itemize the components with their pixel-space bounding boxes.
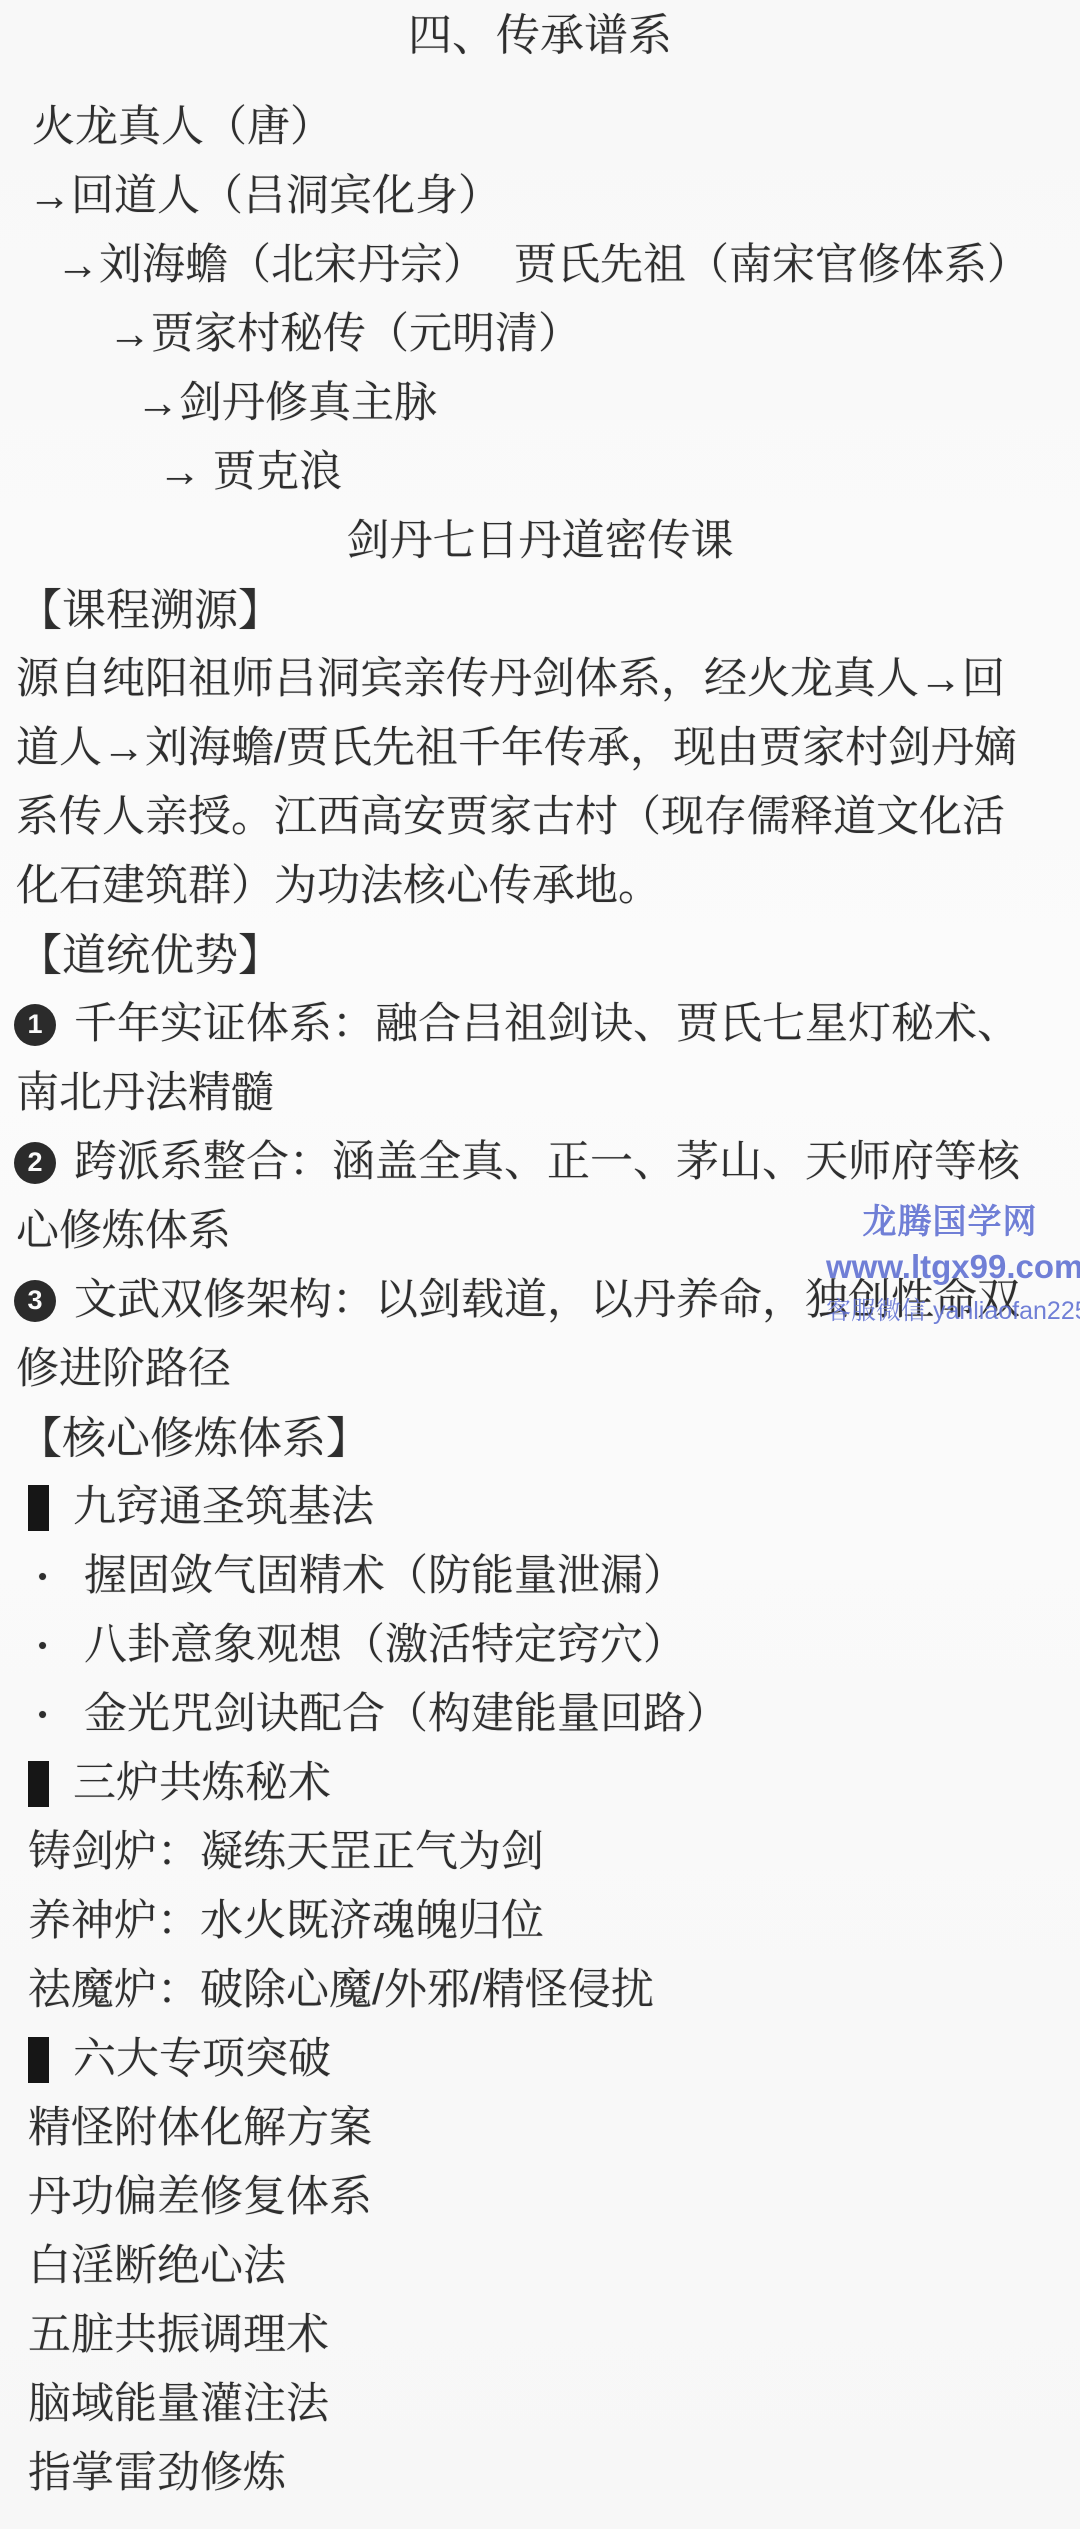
lineage-line-3-right: 贾氏先祖（南宋官修体系）: [514, 241, 1030, 289]
breakthrough-line: 精怪附体化解方案: [0, 2094, 1080, 2163]
lineage-line-2: →回道人（吕洞宾化身）: [0, 162, 1080, 231]
breakthrough-line: 丹功偏差修复体系: [0, 2163, 1080, 2232]
bullet-item: • 八卦意象观想（激活特定窍穴）: [0, 1611, 1080, 1680]
advantage-item-2-text: 跨派系整合：涵盖全真、正一、茅山、天师府等核: [74, 1128, 1020, 1197]
circled-number-1-icon: 1: [14, 1004, 56, 1046]
circled-number-2-icon: 2: [14, 1142, 56, 1184]
advantage-item-2: 2 跨派系整合：涵盖全真、正一、茅山、天师府等核: [0, 1128, 1080, 1197]
subsection-title-2-text: 三炉共炼秘术: [73, 1749, 331, 1818]
origin-paragraph-line: 道人→刘海蟾/贾氏先祖千年传承，现由贾家村剑丹嫡: [0, 714, 1080, 783]
furnace-line: 养神炉：水火既济魂魄归位: [0, 1887, 1080, 1956]
watermark: 龙腾国学网 www.ltgx99.com 客服微信 yanliaofan225: [826, 1200, 1074, 1332]
subsection-title-1: 九窍通圣筑基法: [0, 1473, 1080, 1542]
watermark-site-name: 龙腾国学网: [826, 1200, 1074, 1244]
bullet-item-text: 握固敛气固精术（防能量泄漏）: [84, 1542, 686, 1611]
origin-paragraph-line: 化石建筑群）为功法核心传承地。: [0, 852, 1080, 921]
section-title: 四、传承谱系: [0, 8, 1080, 63]
advantage-item-3-continuation: 修进阶路径: [0, 1335, 1080, 1404]
bullet-item: • 握固敛气固精术（防能量泄漏）: [0, 1542, 1080, 1611]
breakthrough-line: 白淫断绝心法: [0, 2232, 1080, 2301]
section-bar-icon: [28, 2037, 49, 2083]
furnace-line: 祛魔炉：破除心魔/外邪/精怪侵扰: [0, 1956, 1080, 2025]
furnace-line: 铸剑炉：凝练天罡正气为剑: [0, 1818, 1080, 1887]
lineage-line-4: →贾家村秘传（元明清）: [0, 300, 1080, 369]
bullet-item: • 金光咒剑诀配合（构建能量回路）: [0, 1680, 1080, 1749]
bullet-dot-icon: •: [38, 1611, 84, 1680]
core-header: 【核心修炼体系】: [0, 1404, 1080, 1473]
section-bar-icon: [28, 1761, 49, 1807]
bullet-dot-icon: •: [38, 1542, 84, 1611]
watermark-url: www.ltgx99.com: [826, 1244, 1074, 1290]
watermark-wechat: 客服微信 yanliaofan225: [826, 1290, 1074, 1332]
lineage-line-6: → 贾克浪: [0, 438, 1080, 507]
lineage-line-3: →刘海蟾（北宋丹宗）贾氏先祖（南宋官修体系）: [0, 231, 1080, 300]
subsection-title-2: 三炉共炼秘术: [0, 1749, 1080, 1818]
subsection-title-3: 六大专项突破: [0, 2025, 1080, 2094]
advantage-item-1-continuation: 南北丹法精髓: [0, 1059, 1080, 1128]
lineage-line-1: 火龙真人（唐）: [0, 93, 1080, 162]
lineage-line-5: →剑丹修真主脉: [0, 369, 1080, 438]
bullet-dot-icon: •: [38, 1680, 84, 1749]
breakthrough-line: 脑域能量灌注法: [0, 2370, 1080, 2439]
course-title: 剑丹七日丹道密传课: [0, 507, 1080, 576]
advantage-item-1: 1 千年实证体系：融合吕祖剑诀、贾氏七星灯秘术、: [0, 990, 1080, 1059]
breakthrough-line: 五脏共振调理术: [0, 2301, 1080, 2370]
origin-header: 【课程溯源】: [0, 576, 1080, 645]
bullet-item-text: 八卦意象观想（激活特定窍穴）: [84, 1611, 686, 1680]
subsection-title-3-text: 六大专项突破: [73, 2025, 331, 2094]
advantages-header: 【道统优势】: [0, 921, 1080, 990]
section-bar-icon: [28, 1485, 49, 1531]
breakthrough-line: 指掌雷劲修炼: [0, 2439, 1080, 2508]
lineage-line-3-left: →刘海蟾（北宋丹宗）: [56, 241, 486, 289]
advantage-item-1-text: 千年实证体系：融合吕祖剑诀、贾氏七星灯秘术、: [74, 990, 1020, 1059]
document-page: 四、传承谱系 火龙真人（唐） →回道人（吕洞宾化身） →刘海蟾（北宋丹宗）贾氏先…: [0, 0, 1080, 2529]
origin-paragraph-line: 系传人亲授。江西高安贾家古村（现存儒释道文化活: [0, 783, 1080, 852]
circled-number-3-icon: 3: [14, 1280, 56, 1322]
bullet-item-text: 金光咒剑诀配合（构建能量回路）: [84, 1680, 729, 1749]
subsection-title-1-text: 九窍通圣筑基法: [73, 1473, 374, 1542]
origin-paragraph-line: 源自纯阳祖师吕洞宾亲传丹剑体系，经火龙真人→回: [0, 645, 1080, 714]
